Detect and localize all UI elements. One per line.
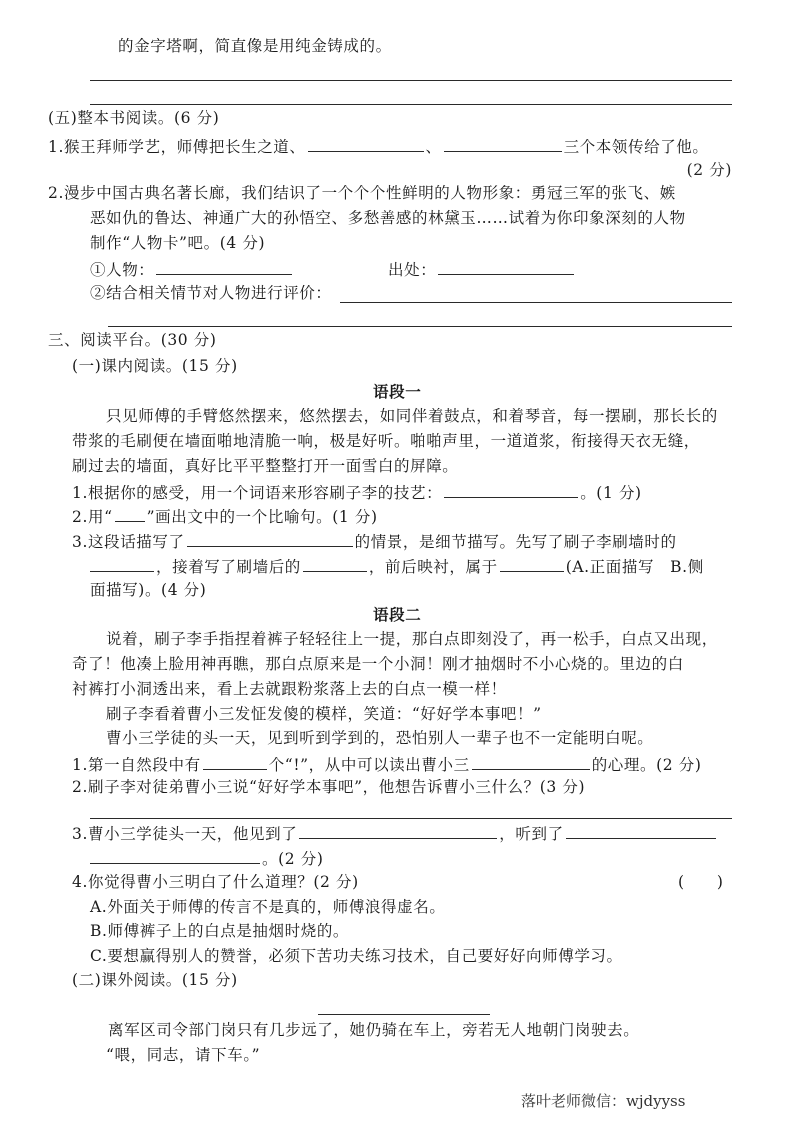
- passage-line: 刷过去的墙面，真好比平平整整打开一面雪白的屏障。: [72, 456, 458, 476]
- answer-blank[interactable]: [90, 555, 154, 572]
- question-2-line3: 制作“人物卡”吧。(4 分): [90, 233, 265, 253]
- prev-passage-tail: 的金字塔啊，简直像是用纯金铸成的。: [118, 36, 392, 56]
- answer-blank[interactable]: [303, 555, 367, 572]
- passage-line: 离军区司令部门岗只有几步远了，她仍骑在车上，旁若无人地朝门岗驶去。: [108, 1020, 639, 1040]
- question-text: 1.根据你的感受，用一个词语来形容刷子李的技艺：: [72, 484, 442, 502]
- separator: 、: [426, 138, 442, 156]
- question-2-line2: 恶如仇的鲁达、神通广大的孙悟空、多愁善感的林黛玉……试着为你印象深刻的人物: [90, 208, 686, 228]
- p2-question-2: 2.刷子李对徒弟曹小三说“好好学本事吧”，他想告诉曹小三什么？(3 分): [72, 777, 585, 797]
- answer-line[interactable]: [90, 818, 732, 819]
- question-text: 3.曹小三学徒头一天，他见到了: [72, 825, 297, 843]
- question-text: 2.用“: [72, 508, 113, 526]
- question-text: 的情景，是细节描写。先写了刷子李刷墙时的: [355, 533, 677, 551]
- question-text: 的心理。(2 分): [592, 756, 702, 774]
- answer-blank[interactable]: [187, 530, 353, 547]
- p1-question-3-end: 面描写)。(4 分): [90, 580, 206, 600]
- evaluation-line[interactable]: [340, 302, 732, 303]
- section-heading: (五)整本书阅读。(6 分): [48, 108, 219, 128]
- passage-line: 曹小三学徒的头一天，见到听到学到的，恐怕别人一辈子也不一定能明白呢。: [106, 728, 653, 748]
- question-text: 三个本领传给了他。: [564, 138, 709, 156]
- passage-line: 衬裤打小洞透出来，看上去就跟粉浆落上去的白点一模一样！: [72, 679, 507, 699]
- passage-line: 奇了！他凑上脸用神再瞧，那白点原来是一个小洞！刚才抽烟时不小心烧的。里边的白: [72, 654, 684, 674]
- character-field-row: ①人物：: [90, 258, 294, 280]
- title-blank-line[interactable]: [318, 1014, 490, 1015]
- source-field-row: 出处：: [388, 258, 576, 280]
- answer-blank[interactable]: [472, 753, 590, 770]
- watermark: 落叶老师微信：wjdyyss: [521, 1090, 685, 1111]
- p2-question-1: 1.第一自然段中有个“!”，从中可以读出曹小三的心理。(2 分): [72, 753, 701, 775]
- answer-blank[interactable]: [566, 822, 716, 839]
- evaluation-line-2[interactable]: [108, 326, 732, 327]
- character-blank[interactable]: [156, 258, 292, 275]
- character-label: ①人物：: [90, 261, 154, 279]
- source-label: 出处：: [388, 261, 436, 279]
- question-text: ，听到了: [499, 825, 563, 843]
- p1-question-2: 2.用“”画出文中的一个比喻句。(1 分): [72, 505, 378, 527]
- answer-blank[interactable]: [500, 555, 564, 572]
- answer-blank[interactable]: [444, 135, 562, 152]
- question-2-line1: 2.漫步中国古典名著长廊，我们结识了一个个个性鲜明的人物形象：勇冠三军的张飞、嫉: [48, 183, 676, 203]
- question-text: ”画出文中的一个比喻句。(1 分): [147, 508, 378, 526]
- option-c[interactable]: C.要想赢得别人的赞誉，必须下苦功夫练习技术，自己要好好向师傅学习。: [90, 946, 623, 966]
- question-text: 个“!”，从中可以读出曹小三: [269, 756, 470, 774]
- option-a[interactable]: A.外面关于师傅的传言不是真的，师傅浪得虚名。: [90, 897, 445, 917]
- answer-blank[interactable]: [90, 847, 260, 864]
- passage-line: 只见师傅的手臂悠然摆来，悠然摆去，如同伴着鼓点，和着琴音，每一摆刷，那长长的: [106, 406, 718, 426]
- p2-question-3: 3.曹小三学徒头一天，他见到了，听到了: [72, 822, 718, 844]
- answer-line[interactable]: [90, 104, 732, 105]
- option-b[interactable]: B.师傅裤子上的白点是抽烟时烧的。: [90, 921, 349, 941]
- question-text: 1.猴王拜师学艺，师傅把长生之道、: [48, 138, 306, 156]
- question-1: 1.猴王拜师学艺，师傅把长生之道、、三个本领传给了他。: [48, 135, 709, 157]
- question-text: 3.这段话描写了: [72, 533, 185, 551]
- passage-title: 语段一: [373, 382, 421, 402]
- part-heading: (二)课外阅读。(15 分): [72, 970, 238, 990]
- score-label: (2 分): [687, 160, 732, 180]
- passage-line: 带浆的毛刷便在墙面啪地清脆一响，极是好听。啪啪声里，一道道浆，衔接得天衣无缝，: [72, 431, 700, 451]
- answer-line[interactable]: [90, 80, 732, 81]
- part-heading: (一)课内阅读。(15 分): [72, 356, 238, 376]
- question-text: ，前后映衬，属于: [369, 558, 498, 576]
- p1-question-3: 3.这段话描写了的情景，是细节描写。先写了刷子李刷墙时的: [72, 530, 677, 552]
- p1-question-3-cont: ，接着写了刷墙后的，前后映衬，属于(A.正面描写 B.侧: [90, 555, 704, 577]
- p2-question-3-cont: 。(2 分): [90, 847, 323, 869]
- passage-title: 语段二: [373, 605, 421, 625]
- question-text: ，接着写了刷墙后的: [156, 558, 301, 576]
- passage-line: 刷子李看着曹小三发怔发傻的模样，笑道：“好好学本事吧！”: [106, 704, 542, 724]
- passage-line: 说着，刷子李手指捏着裤子轻轻往上一提，那白点即刻没了，再一松手，白点又出现，: [106, 629, 718, 649]
- answer-blank[interactable]: [444, 481, 578, 498]
- question-text: 1.第一自然段中有: [72, 756, 201, 774]
- answer-blank[interactable]: [299, 822, 497, 839]
- passage-line: “喂，同志，请下车。”: [106, 1045, 260, 1065]
- p2-question-4: 4.你觉得曹小三明白了什么道理？(2 分): [72, 872, 359, 892]
- p1-question-1: 1.根据你的感受，用一个词语来形容刷子李的技艺：。(1 分): [72, 481, 642, 503]
- answer-blank[interactable]: [203, 753, 267, 770]
- underline-sample: [115, 505, 145, 522]
- choice-text: (A.正面描写 B.侧: [566, 558, 704, 576]
- evaluation-label: ②结合相关情节对人物进行评价：: [90, 283, 332, 303]
- source-blank[interactable]: [438, 258, 574, 275]
- answer-bracket[interactable]: ( ): [678, 872, 724, 892]
- score-label: 。(1 分): [580, 484, 641, 502]
- section-heading: 三、阅读平台。(30 分): [48, 330, 217, 350]
- answer-blank[interactable]: [308, 135, 424, 152]
- score-label: 。(2 分): [262, 850, 323, 868]
